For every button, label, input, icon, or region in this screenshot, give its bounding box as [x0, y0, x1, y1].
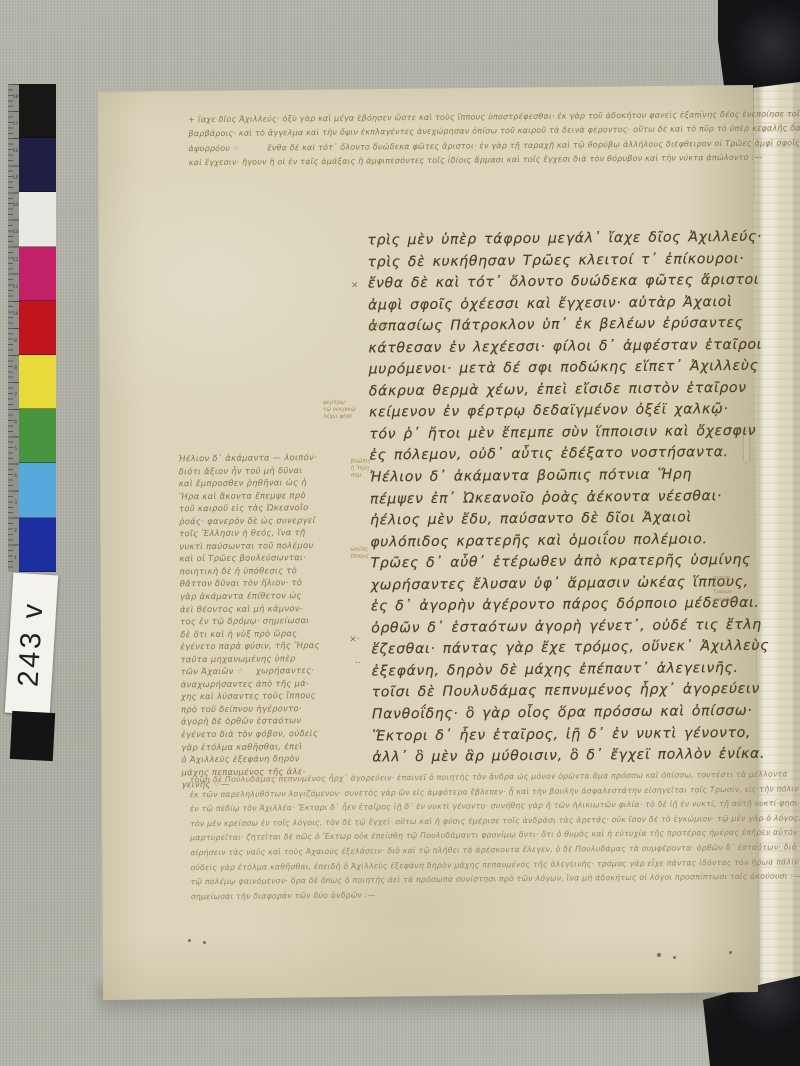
text-line: 1 — [12, 545, 19, 572]
color-swatch-green — [19, 409, 56, 463]
critical-sign: × — [351, 281, 359, 291]
left-margin-scholia: Ἠέλιον δ᾽ ἀκάμαντα — λοιπόν·διότι ἄξιον … — [178, 451, 321, 791]
color-swatch-yellow — [19, 355, 56, 409]
text-line: ἐγένετο παρὰ φύσιν, τῆς Ἥρας — [180, 639, 320, 653]
marginal-gloss-agore: ἀγορὴἡ τῶνΤρώωνσύνοδος — [713, 575, 737, 604]
text-line: γὰρ ἐτόλμα καθῆσθαι, ἐπεὶ — [181, 740, 321, 754]
text-line: γὰρ ἀκάμαντα ἐπίθετον ὡς — [180, 589, 320, 603]
text-line: πέμψεν ἐπ᾽ Ὠκεανοῖο ῥοὰς ἀέκοντα νέεσθαι… — [370, 485, 768, 510]
color-calibration-bar — [19, 84, 56, 572]
text-line: ἵππους — [350, 554, 369, 561]
text-line: 5 — [12, 436, 19, 463]
text-line: Ἠέλιον δ᾽ ἀκάμαντα — λοιπόν· — [178, 451, 318, 465]
folio-number-text: 243 v — [12, 600, 50, 688]
text-line: 12 — [12, 247, 19, 274]
text-line: 18 — [12, 84, 19, 111]
text-line: ἐγένετο διὰ τὸν φόβον, οὐδεὶς — [181, 727, 321, 741]
photo-stage: + ἴαχε δῖος Ἀχιλλεύς· ὀξὺ γὰρ καὶ μέγα ἐ… — [0, 0, 800, 1066]
bottom-margin-scholia: τοῖσι δὲ Πουλυδάμας πεπνυμένος ἦρχ᾽ ἀγορ… — [190, 766, 800, 904]
black-strip — [10, 711, 55, 761]
text-line: τῶν Ἀχαιῶν ⁘ χωρήσαντες· — [180, 664, 320, 678]
marginal-gloss-hippoi: ὠκέαςἵππους — [350, 547, 369, 562]
text-line: ἐς πόλεμον, οὐδ᾽ αὖτις ἐδέξατο νοστήσαντ… — [369, 442, 767, 467]
marginal-gloss-phertron: φέρτρῳ·τῷ νεκρικῷλέχει φησί — [323, 400, 356, 422]
color-swatch-dark-blue — [19, 518, 56, 572]
text-line: ἀλλ᾽ ὃ μὲν ἂρ μύθοισιν, ὃ δ᾽ ἔγχεϊ πολλὸ… — [372, 744, 770, 769]
page-text-layer: + ἴαχε δῖος Ἀχιλλεύς· ὀξὺ γὰρ καὶ μέγα ἐ… — [0, 0, 800, 1066]
text-line: 17 — [12, 111, 19, 138]
text-line: σημ. — [351, 473, 373, 480]
text-line: 13 — [12, 219, 19, 246]
text-line: 10 — [12, 301, 19, 328]
text-line: 16 — [12, 138, 19, 165]
text-line: καὶ ἔμπροσθεν ῥηθῆναι ὡς ἡ — [179, 476, 319, 490]
color-swatch-magenta — [19, 247, 56, 301]
ruler-numbers: 181716151413121110987654321 — [12, 84, 19, 572]
text-line: λέχει φησί — [323, 414, 356, 422]
text-line: 15 — [12, 165, 19, 192]
color-swatch-black — [19, 84, 56, 138]
text-line: 4 — [12, 463, 19, 490]
text-line: τοῖς Ἕλλησιν ἡ θεός, ἵνα τῇ — [179, 526, 319, 540]
text-line: τος ἐν τῷ δρόμῳ· σημείωσαι — [180, 614, 320, 628]
color-swatch-dark-navy — [19, 138, 56, 192]
ruler-scale: 181716151413121110987654321 — [8, 84, 19, 572]
color-swatch-sky-blue — [19, 463, 56, 517]
text-line: σύνοδος — [713, 597, 737, 604]
folio-number-label: 243 v — [5, 573, 58, 715]
critical-sign: ·· — [354, 659, 360, 669]
text-line: 11 — [12, 274, 19, 301]
main-text-iliad: τρὶς μὲν ὑπὲρ τάφρου μεγάλ᾽ ἴαχε δῖος Ἀχ… — [367, 227, 770, 769]
text-line: 7 — [12, 382, 19, 409]
marginal-gloss-boopis: βοῶπις·ἡ Ἥρησημ. — [351, 458, 373, 480]
color-swatch-red — [19, 301, 56, 355]
text-line: τοῦ καιροῦ εἰς τὰς Ὠκεανοῖο — [179, 501, 319, 515]
text-line: 9 — [12, 328, 19, 355]
text-line: καὶ οἱ Τρῶες βουλεύσωνται· — [179, 551, 319, 565]
color-swatch-white — [19, 192, 56, 246]
interlinear-gloss: ἰδίοις — [371, 322, 388, 329]
text-line: 6 — [12, 409, 19, 436]
text-line: 14 — [12, 192, 19, 219]
text-line: 3 — [12, 490, 19, 517]
text-line: 8 — [12, 355, 19, 382]
text-line: 2 — [12, 518, 19, 545]
critical-sign: ×· — [349, 635, 360, 645]
top-margin-scholia: + ἴαχε δῖος Ἀχιλλεύς· ὀξὺ γὰρ καὶ μέγα ἐ… — [188, 107, 800, 171]
text-line: ἰδίοις — [371, 322, 388, 329]
